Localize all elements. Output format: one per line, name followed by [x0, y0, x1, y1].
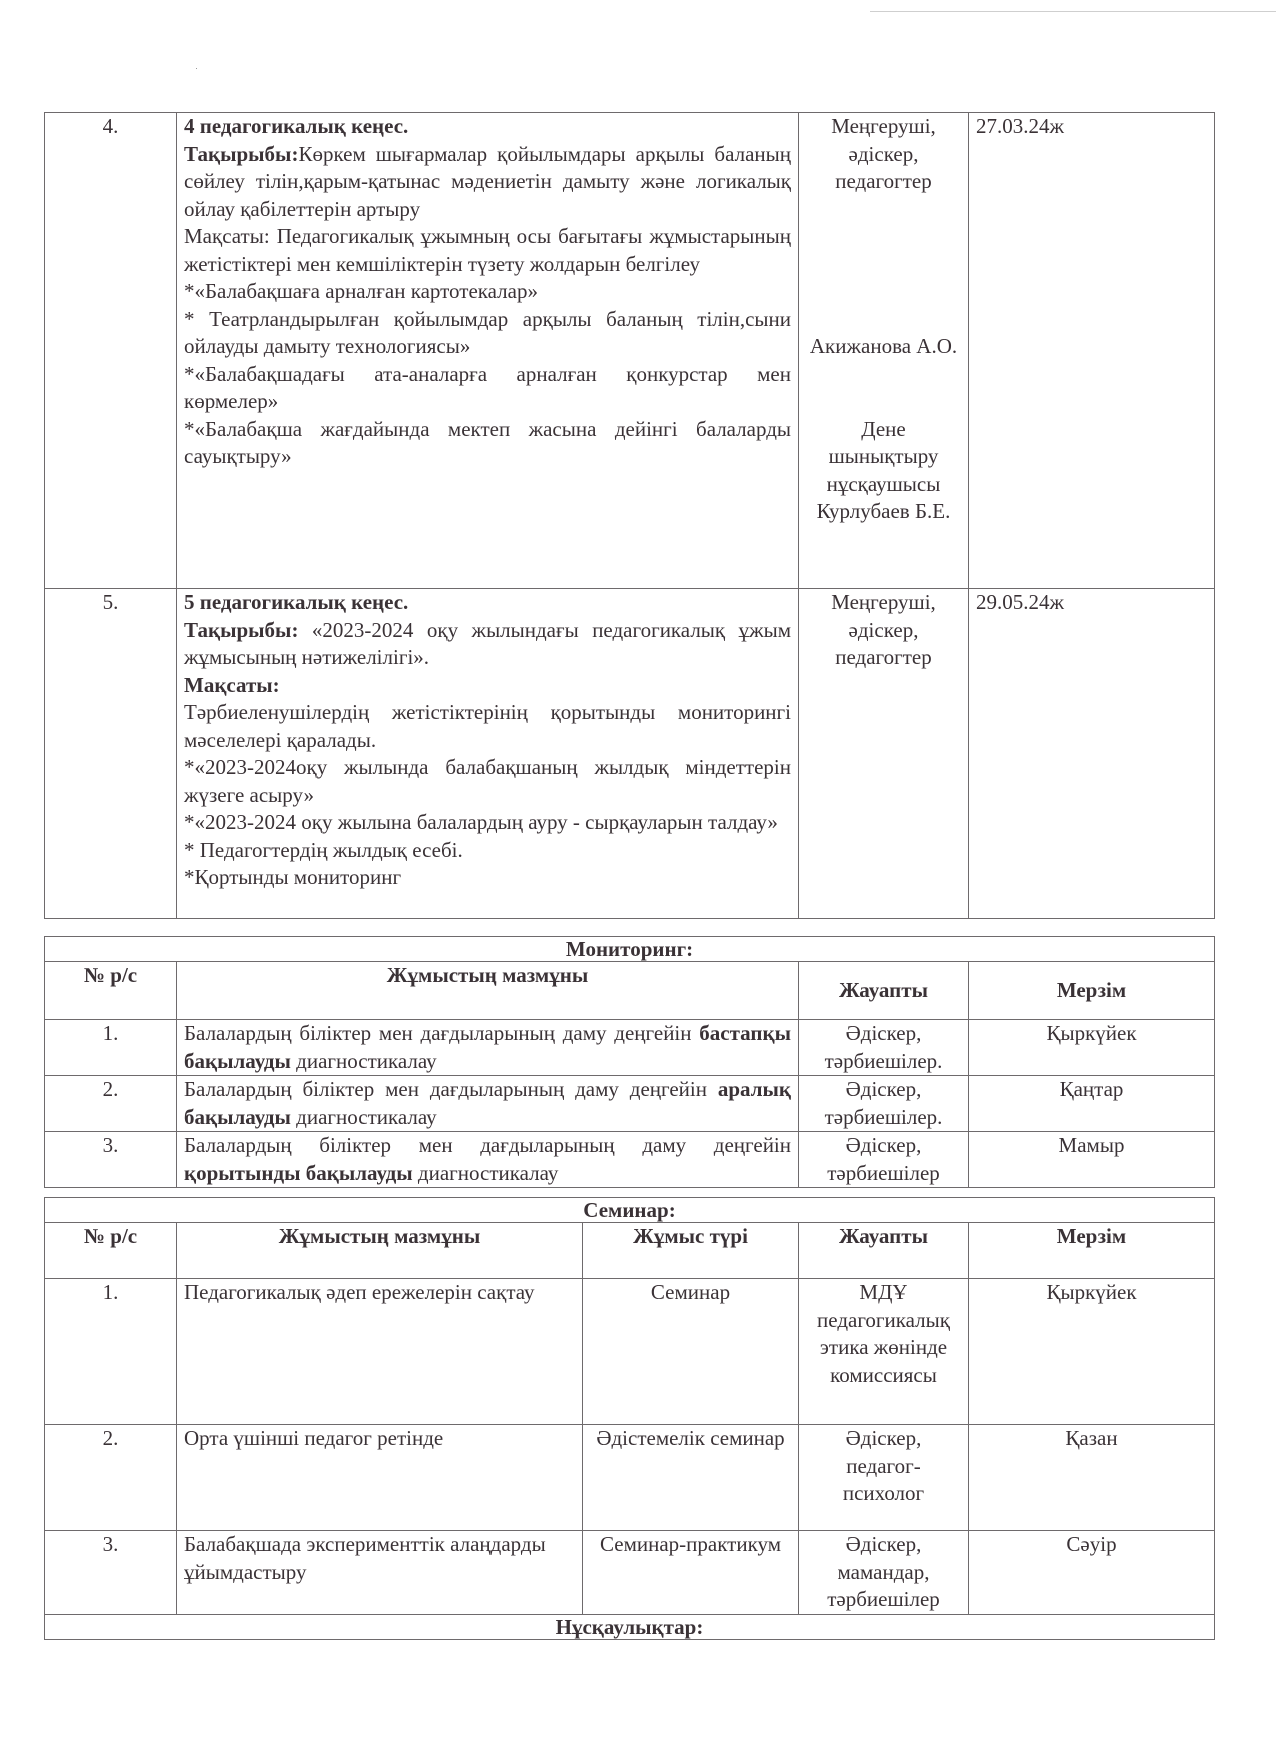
table-header-row: № р/с Жұмыстың мазмұны Жауапты Мерзім: [45, 962, 1215, 1020]
responsible-cell: Әдіскер, тәрбиешілер.: [799, 1076, 969, 1132]
council-goal: Мақсаты: Педагогикалық ұжымның осы бағыт…: [184, 223, 791, 278]
column-header: Жұмыстың мазмұны: [177, 962, 799, 1020]
scan-speck: [196, 68, 197, 69]
table-row: 1. Педагогикалық әдеп ережелерін сақтау …: [45, 1279, 1215, 1425]
term-cell: Қыркүйек: [969, 1020, 1215, 1076]
row-content: Балабақшада эксперименттік алаңдарды ұйы…: [177, 1531, 583, 1615]
term-cell: Мамыр: [969, 1132, 1215, 1188]
responsible-person: Меңгеруші, әдіскер, педагогтер: [806, 589, 961, 672]
goal-label: Мақсаты:: [184, 224, 270, 248]
council-item: *«2023-2024оқу жылында балабақшаның жылд…: [184, 754, 791, 809]
responsible-person: Дене шынықтыру нұсқаушысы Курлубаев Б.Е.: [806, 416, 961, 526]
section-title: Семинар:: [45, 1198, 1215, 1223]
council-content: 5 педагогикалық кеңес. Тақырыбы: «2023-2…: [177, 589, 799, 919]
council-item: *«Балабақшаға арналған картотекалар»: [184, 278, 791, 306]
section-title-row: Семинар:: [45, 1198, 1215, 1223]
date-cell: 29.05.24ж: [969, 589, 1215, 919]
row-number: 3.: [45, 1132, 177, 1188]
pedagogical-councils-table: 4. 4 педагогикалық кеңес. Тақырыбы:Көрке…: [44, 112, 1215, 919]
council-item: *Қортынды мониторинг: [184, 864, 791, 892]
column-header: Жұмыстың мазмұны: [177, 1223, 583, 1279]
column-header: Мерзім: [969, 1223, 1215, 1279]
responsible-person: Меңгеруші, әдіскер, педагогтер: [806, 113, 961, 196]
content-text: диагностикалау: [291, 1105, 437, 1129]
row-content: Педагогикалық әдеп ережелерін сақтау: [177, 1279, 583, 1425]
term-cell: Қаңтар: [969, 1076, 1215, 1132]
goal-text: Педагогикалық ұжымның осы бағытағы жұмыс…: [184, 224, 791, 276]
column-header: № р/с: [45, 962, 177, 1020]
topic-label: Тақырыбы:: [184, 618, 298, 642]
table-row: 3. Балабақшада эксперименттік алаңдарды …: [45, 1531, 1215, 1615]
council-item: *«Балабақша жағдайында мектеп жасына дей…: [184, 416, 791, 471]
row-content: Балалардың біліктер мен дағдыларының дам…: [177, 1020, 799, 1076]
council-item: *«Балабақшадағы ата-аналарға арналған қо…: [184, 361, 791, 416]
responsible-cell: Әдіскер, мамандар, тәрбиешілер: [799, 1531, 969, 1615]
column-header: Жұмыс түрі: [583, 1223, 799, 1279]
section-title-row: Нұсқаулықтар:: [45, 1614, 1215, 1639]
row-number: 2.: [45, 1425, 177, 1531]
council-content: 4 педагогикалық кеңес. Тақырыбы:Көркем ш…: [177, 113, 799, 589]
term-cell: Қыркүйек: [969, 1279, 1215, 1425]
responsible-cell: Әдіскер, тәрбиешілер: [799, 1132, 969, 1188]
type-cell: Семинар: [583, 1279, 799, 1425]
table-row: 3. Балалардың біліктер мен дағдыларының …: [45, 1132, 1215, 1188]
term-cell: Сәуір: [969, 1531, 1215, 1615]
table-row: 2. Орта үшінші педагог ретінде Әдістемел…: [45, 1425, 1215, 1531]
table-row: 4. 4 педагогикалық кеңес. Тақырыбы:Көрке…: [45, 113, 1215, 589]
council-title: 4 педагогикалық кеңес.: [184, 113, 791, 141]
section-title-row: Мониторинг:: [45, 937, 1215, 962]
table-row: 5. 5 педагогикалық кеңес. Тақырыбы: «202…: [45, 589, 1215, 919]
council-item: * Педагогтердің жылдық есебі.: [184, 837, 791, 865]
table-row: 2. Балалардың біліктер мен дағдыларының …: [45, 1076, 1215, 1132]
responsible-cell: Меңгеруші, әдіскер, педагогтер Акижанова…: [799, 113, 969, 589]
responsible-cell: Меңгеруші, әдіскер, педагогтер: [799, 589, 969, 919]
row-content: Балалардың біліктер мен дағдыларының дам…: [177, 1132, 799, 1188]
monitoring-table: Мониторинг: № р/с Жұмыстың мазмұны Жауап…: [44, 936, 1215, 1188]
responsible-cell: Әдіскер, педагог-психолог: [799, 1425, 969, 1531]
row-content: Орта үшінші педагог ретінде: [177, 1425, 583, 1531]
column-header: Жауапты: [799, 1223, 969, 1279]
goal-label: Мақсаты:: [184, 672, 791, 700]
date-cell: 27.03.24ж: [969, 113, 1215, 589]
council-topic: Тақырыбы:Көркем шығармалар қойылымдары а…: [184, 141, 791, 224]
council-item: *«2023-2024 оқу жылына балалардың ауру -…: [184, 809, 791, 837]
type-cell: Семинар-практикум: [583, 1531, 799, 1615]
goal-text: Тәрбиеленушілердің жетістіктерінің қорыт…: [184, 699, 791, 754]
content-bold: қорытынды бақылауды: [184, 1161, 413, 1185]
council-title: 5 педагогикалық кеңес.: [184, 589, 791, 617]
column-header: № р/с: [45, 1223, 177, 1279]
council-topic: Тақырыбы: «2023-2024 оқу жылындағы педаг…: [184, 617, 791, 672]
table-header-row: № р/с Жұмыстың мазмұны Жұмыс түрі Жауапт…: [45, 1223, 1215, 1279]
scan-artifact-line: [870, 11, 1276, 12]
council-item: * Театрландырылған қойылымдар арқылы бал…: [184, 306, 791, 361]
content-text: диагностикалау: [291, 1049, 437, 1073]
responsible-cell: МДҰ педагогикалық этика жөнінде комиссия…: [799, 1279, 969, 1425]
column-header: Жауапты: [799, 962, 969, 1020]
row-number: 1.: [45, 1279, 177, 1425]
row-number: 5.: [45, 589, 177, 919]
topic-label: Тақырыбы:: [184, 142, 298, 166]
content-text: Балалардың біліктер мен дағдыларының дам…: [184, 1021, 699, 1045]
content-text: Балалардың біліктер мен дағдыларының дам…: [184, 1077, 718, 1101]
table-row: 1. Балалардың біліктер мен дағдыларының …: [45, 1020, 1215, 1076]
content-text: Балалардың біліктер мен дағдыларының дам…: [184, 1133, 791, 1157]
responsible-person: Акижанова А.О.: [806, 333, 961, 361]
content-text: диагностикалау: [413, 1161, 559, 1185]
row-number: 3.: [45, 1531, 177, 1615]
row-number: 2.: [45, 1076, 177, 1132]
section-title: Нұсқаулықтар:: [45, 1614, 1215, 1639]
seminar-table: Семинар: № р/с Жұмыстың мазмұны Жұмыс тү…: [44, 1197, 1215, 1640]
row-number: 4.: [45, 113, 177, 589]
responsible-cell: Әдіскер, тәрбиешілер.: [799, 1020, 969, 1076]
type-cell: Әдістемелік семинар: [583, 1425, 799, 1531]
column-header: Мерзім: [969, 962, 1215, 1020]
row-content: Балалардың біліктер мен дағдыларының дам…: [177, 1076, 799, 1132]
term-cell: Қазан: [969, 1425, 1215, 1531]
row-number: 1.: [45, 1020, 177, 1076]
section-title: Мониторинг:: [45, 937, 1215, 962]
